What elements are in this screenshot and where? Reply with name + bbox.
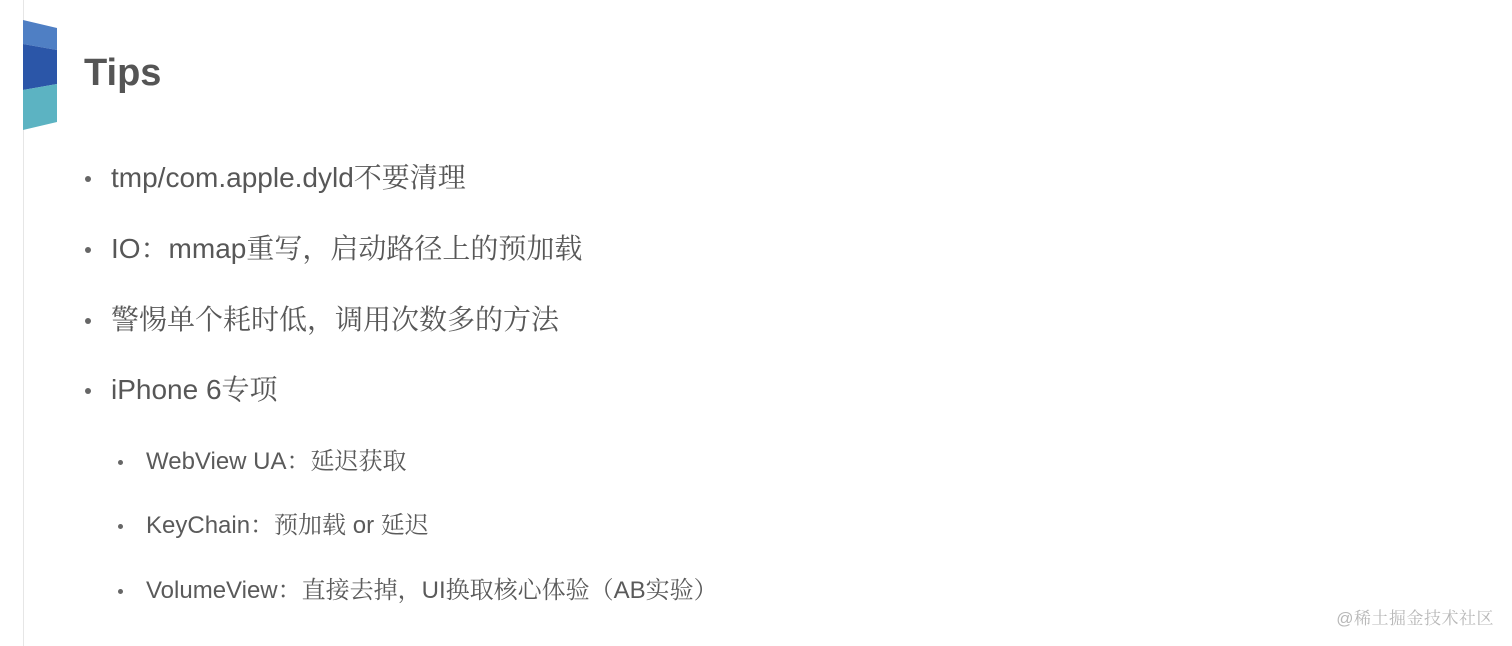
slide-logo-icon xyxy=(23,20,57,130)
list-item-text: IO：mmap重写，启动路径上的预加载 xyxy=(111,233,582,264)
bullet-icon xyxy=(85,247,91,253)
list-item: tmp/com.apple.dyld不要清理 xyxy=(111,160,466,196)
bullet-icon xyxy=(85,318,91,324)
bullet-icon xyxy=(118,524,123,529)
bullet-icon xyxy=(118,589,123,594)
bullet-icon xyxy=(85,388,91,394)
list-item: iPhone 6专项 xyxy=(111,372,278,408)
bullet-icon xyxy=(118,460,123,465)
list-item: 警惕单个耗时低，调用次数多的方法 xyxy=(111,302,559,338)
list-item: IO：mmap重写，启动路径上的预加载 xyxy=(111,231,582,267)
list-item-text: KeyChain：预加载 or 延迟 xyxy=(146,512,429,539)
list-item-text: tmp/com.apple.dyld不要清理 xyxy=(111,162,466,193)
sub-list-item: KeyChain：预加载 or 延迟 xyxy=(146,510,429,542)
sub-list-item: VolumeView：直接去掉，UI换取核心体验（AB实验） xyxy=(146,575,718,607)
list-item-text: WebView UA：延迟获取 xyxy=(146,448,407,475)
watermark: @稀土掘金技术社区 xyxy=(1336,604,1494,629)
sub-list-item: WebView UA：延迟获取 xyxy=(146,446,407,478)
bullet-icon xyxy=(85,176,91,182)
list-item-text: VolumeView：直接去掉，UI换取核心体验（AB实验） xyxy=(146,577,718,604)
slide-title: Tips xyxy=(84,52,161,95)
list-item-text: 警惕单个耗时低，调用次数多的方法 xyxy=(111,304,559,335)
list-item-text: iPhone 6专项 xyxy=(111,374,278,405)
